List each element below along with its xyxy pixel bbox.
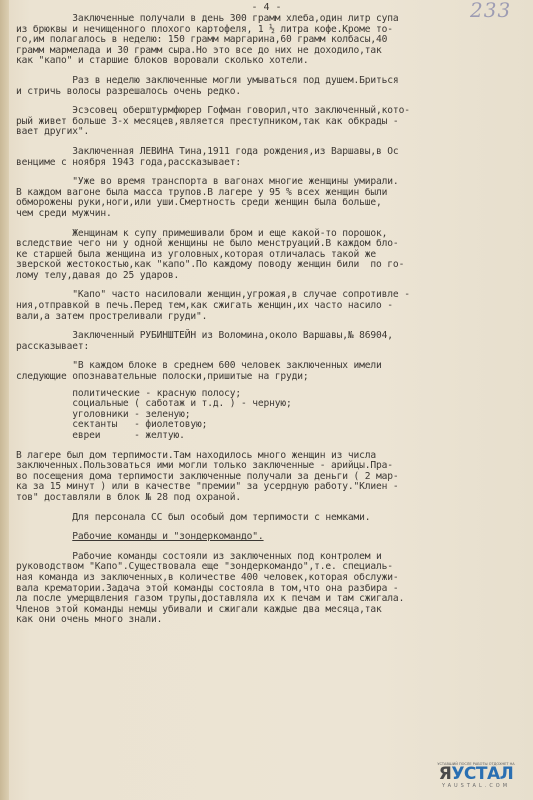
paragraph: Раз в неделю заключенные могли умываться… bbox=[16, 76, 516, 97]
text-line: вает других". bbox=[16, 127, 516, 138]
text-line: Заключенная ЛЕВИНА Тина,1911 года рожден… bbox=[16, 147, 516, 158]
text-line: чем среди мужчин. bbox=[16, 209, 516, 220]
paragraph: Для персонала СС был особый дом терпимос… bbox=[16, 513, 516, 524]
text-line: вали,а затем простреливали груди". bbox=[16, 312, 516, 323]
document-page: - 4 - 233 Заключенные получали в день 30… bbox=[0, 0, 533, 800]
paragraph: Эсэсовец оберштурмфюрер Гофман говорил,ч… bbox=[16, 106, 516, 138]
watermark-brand: ЯУСТАЛ bbox=[428, 766, 524, 783]
text-line: и стричь волосы разрешалось очень редко. bbox=[16, 87, 516, 98]
text-line: Для персонала СС был особый дом терпимос… bbox=[16, 513, 516, 524]
paragraph: Заключенная ЛЕВИНА Тина,1911 года рожден… bbox=[16, 147, 516, 168]
text-line: тов" доставляли в блок № 28 под охраной. bbox=[16, 493, 516, 504]
text-line: следующие опознавательные полоски,пришит… bbox=[16, 372, 516, 383]
watermark-url: YAUSTAL.COM bbox=[428, 783, 524, 789]
watermark-logo[interactable]: УСТАВШИЙ ПОСЛЕ РАБОТЫ ОТДОХНЕТ НА ЯУСТАЛ… bbox=[428, 762, 524, 789]
text-line: евреи - желтую. bbox=[16, 431, 516, 442]
paragraph: В лагере был дом терпимости.Там находило… bbox=[16, 451, 516, 504]
text-line: Раз в неделю заключенные могли умываться… bbox=[16, 76, 516, 87]
text-line: как они очень много знали. bbox=[16, 615, 516, 626]
paragraph: "Уже во время транспорта в вагонах многи… bbox=[16, 177, 516, 219]
text-line: рый живет больше 3-х месяцев,является пр… bbox=[16, 117, 516, 128]
paragraph: Женщинам к супу примешивали бром и еще к… bbox=[16, 229, 516, 282]
text-line: рассказывает: bbox=[16, 342, 516, 353]
text-line: венциме с ноября 1943 года,рассказывает: bbox=[16, 158, 516, 169]
typewritten-text-body: Заключенные получали в день 300 грамм хл… bbox=[16, 14, 516, 626]
text-line: Заключенные получали в день 300 грамм хл… bbox=[16, 14, 516, 25]
paragraph: Заключенный РУБИНШТЕЙН из Воломина,около… bbox=[16, 331, 516, 352]
paragraph: "В каждом блоке в среднем 600 человек за… bbox=[16, 361, 516, 382]
watermark-brand-rest: УСТАЛ bbox=[451, 764, 513, 784]
page-left-edge bbox=[0, 0, 9, 800]
text-line: Заключенный РУБИНШТЕЙН из Воломина,около… bbox=[16, 331, 516, 342]
paragraph: Заключенные получали в день 300 грамм хл… bbox=[16, 14, 516, 67]
text-line: как "капо" и старшие блоков воровали ско… bbox=[16, 56, 516, 67]
text-line: лому телу,давая до 25 ударов. bbox=[16, 271, 516, 282]
text-line: ная команда из заключенных,в количестве … bbox=[16, 573, 516, 584]
paragraph: "Капо" часто насиловали женщин,угрожая,в… bbox=[16, 290, 516, 322]
paragraph: Рабочие команды состояли из заключенных … bbox=[16, 552, 516, 626]
page-number: - 4 - bbox=[0, 2, 533, 13]
paragraph: политические - красную полосу; социальны… bbox=[16, 389, 516, 442]
section-heading: Рабочие команды и "зондеркомандо". bbox=[16, 532, 516, 543]
